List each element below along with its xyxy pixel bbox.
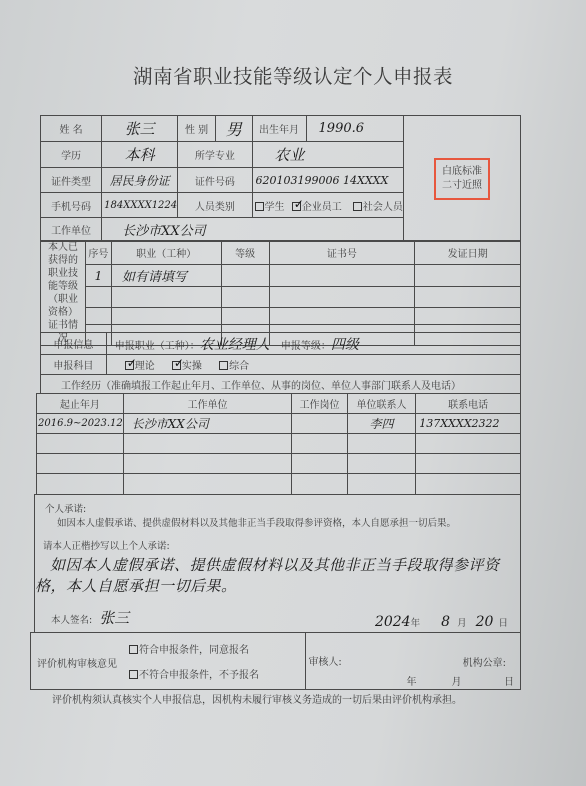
pledge-copy-text[interactable]: 如因本人虚假承诺、提供虚假材料以及其他非正当手段取得参评资格，本人自愿承担一切后…: [35, 555, 516, 597]
subjects-label: 申报科目: [41, 355, 107, 375]
id-no-value[interactable]: 620103199006 14XXXX: [252, 168, 403, 193]
work-header-position: 工作岗位: [292, 394, 348, 414]
work-history-table: 起止年月 工作单位 工作岗位 单位联系人 联系电话 2016.9~2023.12…: [36, 393, 521, 495]
work-header-contact: 单位联系人: [347, 394, 415, 414]
work-row: [37, 434, 521, 454]
work-history-title: 工作经历（准确填报工作起止年月、工作单位、从事的岗位、单位人事部门联系人及电话）: [41, 375, 521, 394]
work-header-phone: 联系电话: [416, 394, 521, 414]
cert-header-issue-date: 发证日期: [415, 241, 521, 265]
reviewer-label: 审核人:: [308, 653, 341, 668]
date-year[interactable]: 2024: [375, 614, 411, 630]
major-label: 所学专业: [178, 142, 252, 168]
checkbox-checked-icon: [292, 202, 301, 211]
certificates-table: 本人已获得的职业技能等级（职业资格）证书情况 序号 职业（工种） 等级 证书号 …: [40, 240, 521, 346]
employer-label: 工作单位: [41, 218, 102, 242]
pledge-copy-label: 请本人正楷抄写以上个人承诺:: [35, 538, 516, 552]
checkbox-checked-icon: [172, 361, 181, 370]
review-reject-option[interactable]: 不符合申报条件，不予报名: [129, 666, 259, 681]
id-type-value[interactable]: 居民身份证: [102, 168, 178, 193]
education-value[interactable]: 本科: [102, 142, 178, 168]
footer-note: 评价机构须认真核实个人申报信息，因机构未履行审核义务造成的一切后果由评价机构承担…: [52, 691, 462, 706]
date-day[interactable]: 20: [476, 614, 494, 630]
photo-area[interactable]: 白底标准 二寸近照: [403, 116, 520, 242]
id-type-label: 证件类型: [41, 168, 102, 193]
gender-label: 性 别: [178, 116, 216, 142]
checkbox-icon: [129, 645, 138, 654]
name-value[interactable]: 张三: [102, 116, 178, 142]
basic-info-table: 姓 名 张三 性 别 男 出生年月 1990.6 白底标准 二寸近照 学历 本科…: [40, 115, 521, 242]
checkbox-checked-icon: [125, 361, 134, 370]
photo-note: 白底标准 二寸近照: [434, 158, 490, 200]
birth-value[interactable]: 1990.6: [306, 116, 403, 142]
review-label: 评价机构审核意见: [37, 655, 117, 670]
checkbox-icon: [353, 202, 362, 211]
cert-header-cert-no: 证书号: [269, 241, 415, 265]
work-row: [37, 454, 521, 474]
category-employee-checkbox[interactable]: 企业员工: [292, 202, 342, 213]
form-title: 湖南省职业技能等级认定个人申报表: [0, 61, 586, 89]
work-header-period: 起止年月: [37, 394, 124, 414]
phone-value[interactable]: 184XXXX1224: [102, 193, 178, 218]
review-opinion-cell: 评价机构审核意见 符合申报条件，同意报名 不符合申报条件，不予报名: [31, 633, 306, 690]
category-student-checkbox[interactable]: 学生: [255, 202, 285, 213]
employer-value[interactable]: 长沙市XX公司: [102, 218, 404, 242]
review-table: 评价机构审核意见 符合申报条件，同意报名 不符合申报条件，不予报名 审核人: 机…: [30, 632, 521, 690]
pledge-table: 个人承诺: 如因本人虚假承诺、提供虚假材料以及其他非正当手段取得参评资格，本人自…: [34, 494, 521, 633]
application-info: 申报职业（工种）：农业经理人 申报等级：四级: [106, 333, 520, 355]
subject-combined-checkbox[interactable]: 综合: [219, 361, 249, 372]
name-label: 姓 名: [41, 116, 102, 142]
work-header-employer: 工作单位: [123, 394, 292, 414]
gender-value[interactable]: 男: [216, 116, 252, 142]
cert-row: [41, 307, 521, 325]
cert-header-level: 等级: [221, 241, 269, 265]
cert-header-no: 序号: [85, 241, 111, 265]
checkbox-icon: [255, 202, 264, 211]
cert-header-occupation: 职业（工种）: [111, 241, 221, 265]
pledge-heading: 个人承诺:: [35, 501, 516, 515]
signature-date: 2024年 8 月 20 日: [375, 614, 508, 630]
application-info-label: 申报信息: [41, 333, 107, 355]
id-no-label: 证件号码: [178, 168, 252, 193]
date-month[interactable]: 8: [441, 614, 450, 630]
category-options: 学生 企业员工 社会人员: [252, 193, 403, 218]
signature-value[interactable]: 张三: [99, 609, 129, 627]
checkbox-icon: [129, 670, 138, 679]
education-label: 学历: [41, 142, 102, 168]
review-signoff-cell: 审核人: 机构公章: 年 月 日: [306, 633, 521, 690]
checkbox-icon: [219, 361, 228, 370]
category-label: 人员类别: [178, 193, 252, 218]
signature-row: 本人签名: 张三: [51, 607, 129, 628]
cert-row: 1 如有请填写: [41, 265, 521, 287]
pledge-cell: 个人承诺: 如因本人虚假承诺、提供虚假材料以及其他非正当手段取得参评资格，本人自…: [35, 495, 521, 633]
level-value[interactable]: 四级: [331, 337, 359, 353]
review-approve-option[interactable]: 符合申报条件，同意报名: [129, 641, 249, 656]
phone-label: 手机号码: [41, 193, 102, 218]
occupation-value[interactable]: 农业经理人: [200, 337, 270, 353]
subjects-options: 理论 实操 综合: [106, 355, 520, 375]
cert-row: [41, 286, 521, 307]
certificates-section-label: 本人已获得的职业技能等级（职业资格）证书情况: [41, 241, 86, 346]
work-row: 2016.9~2023.12 长沙市XX公司 李四 137XXXX2322: [37, 414, 521, 434]
work-row: [37, 474, 521, 495]
seal-label: 机构公章:: [463, 654, 506, 669]
major-value[interactable]: 农业: [252, 142, 403, 168]
subject-theory-checkbox[interactable]: 理论: [125, 361, 155, 372]
subject-practice-checkbox[interactable]: 实操: [172, 361, 202, 372]
category-public-checkbox[interactable]: 社会人员: [353, 202, 403, 213]
birth-label: 出生年月: [252, 116, 306, 142]
application-table: 申报信息 申报职业（工种）：农业经理人 申报等级：四级 申报科目 理论 实操 综…: [40, 332, 521, 394]
pledge-text: 如因本人虚假承诺、提供虚假材料以及其他非正当手段取得参评资格，本人自愿承担一切后…: [35, 517, 516, 531]
